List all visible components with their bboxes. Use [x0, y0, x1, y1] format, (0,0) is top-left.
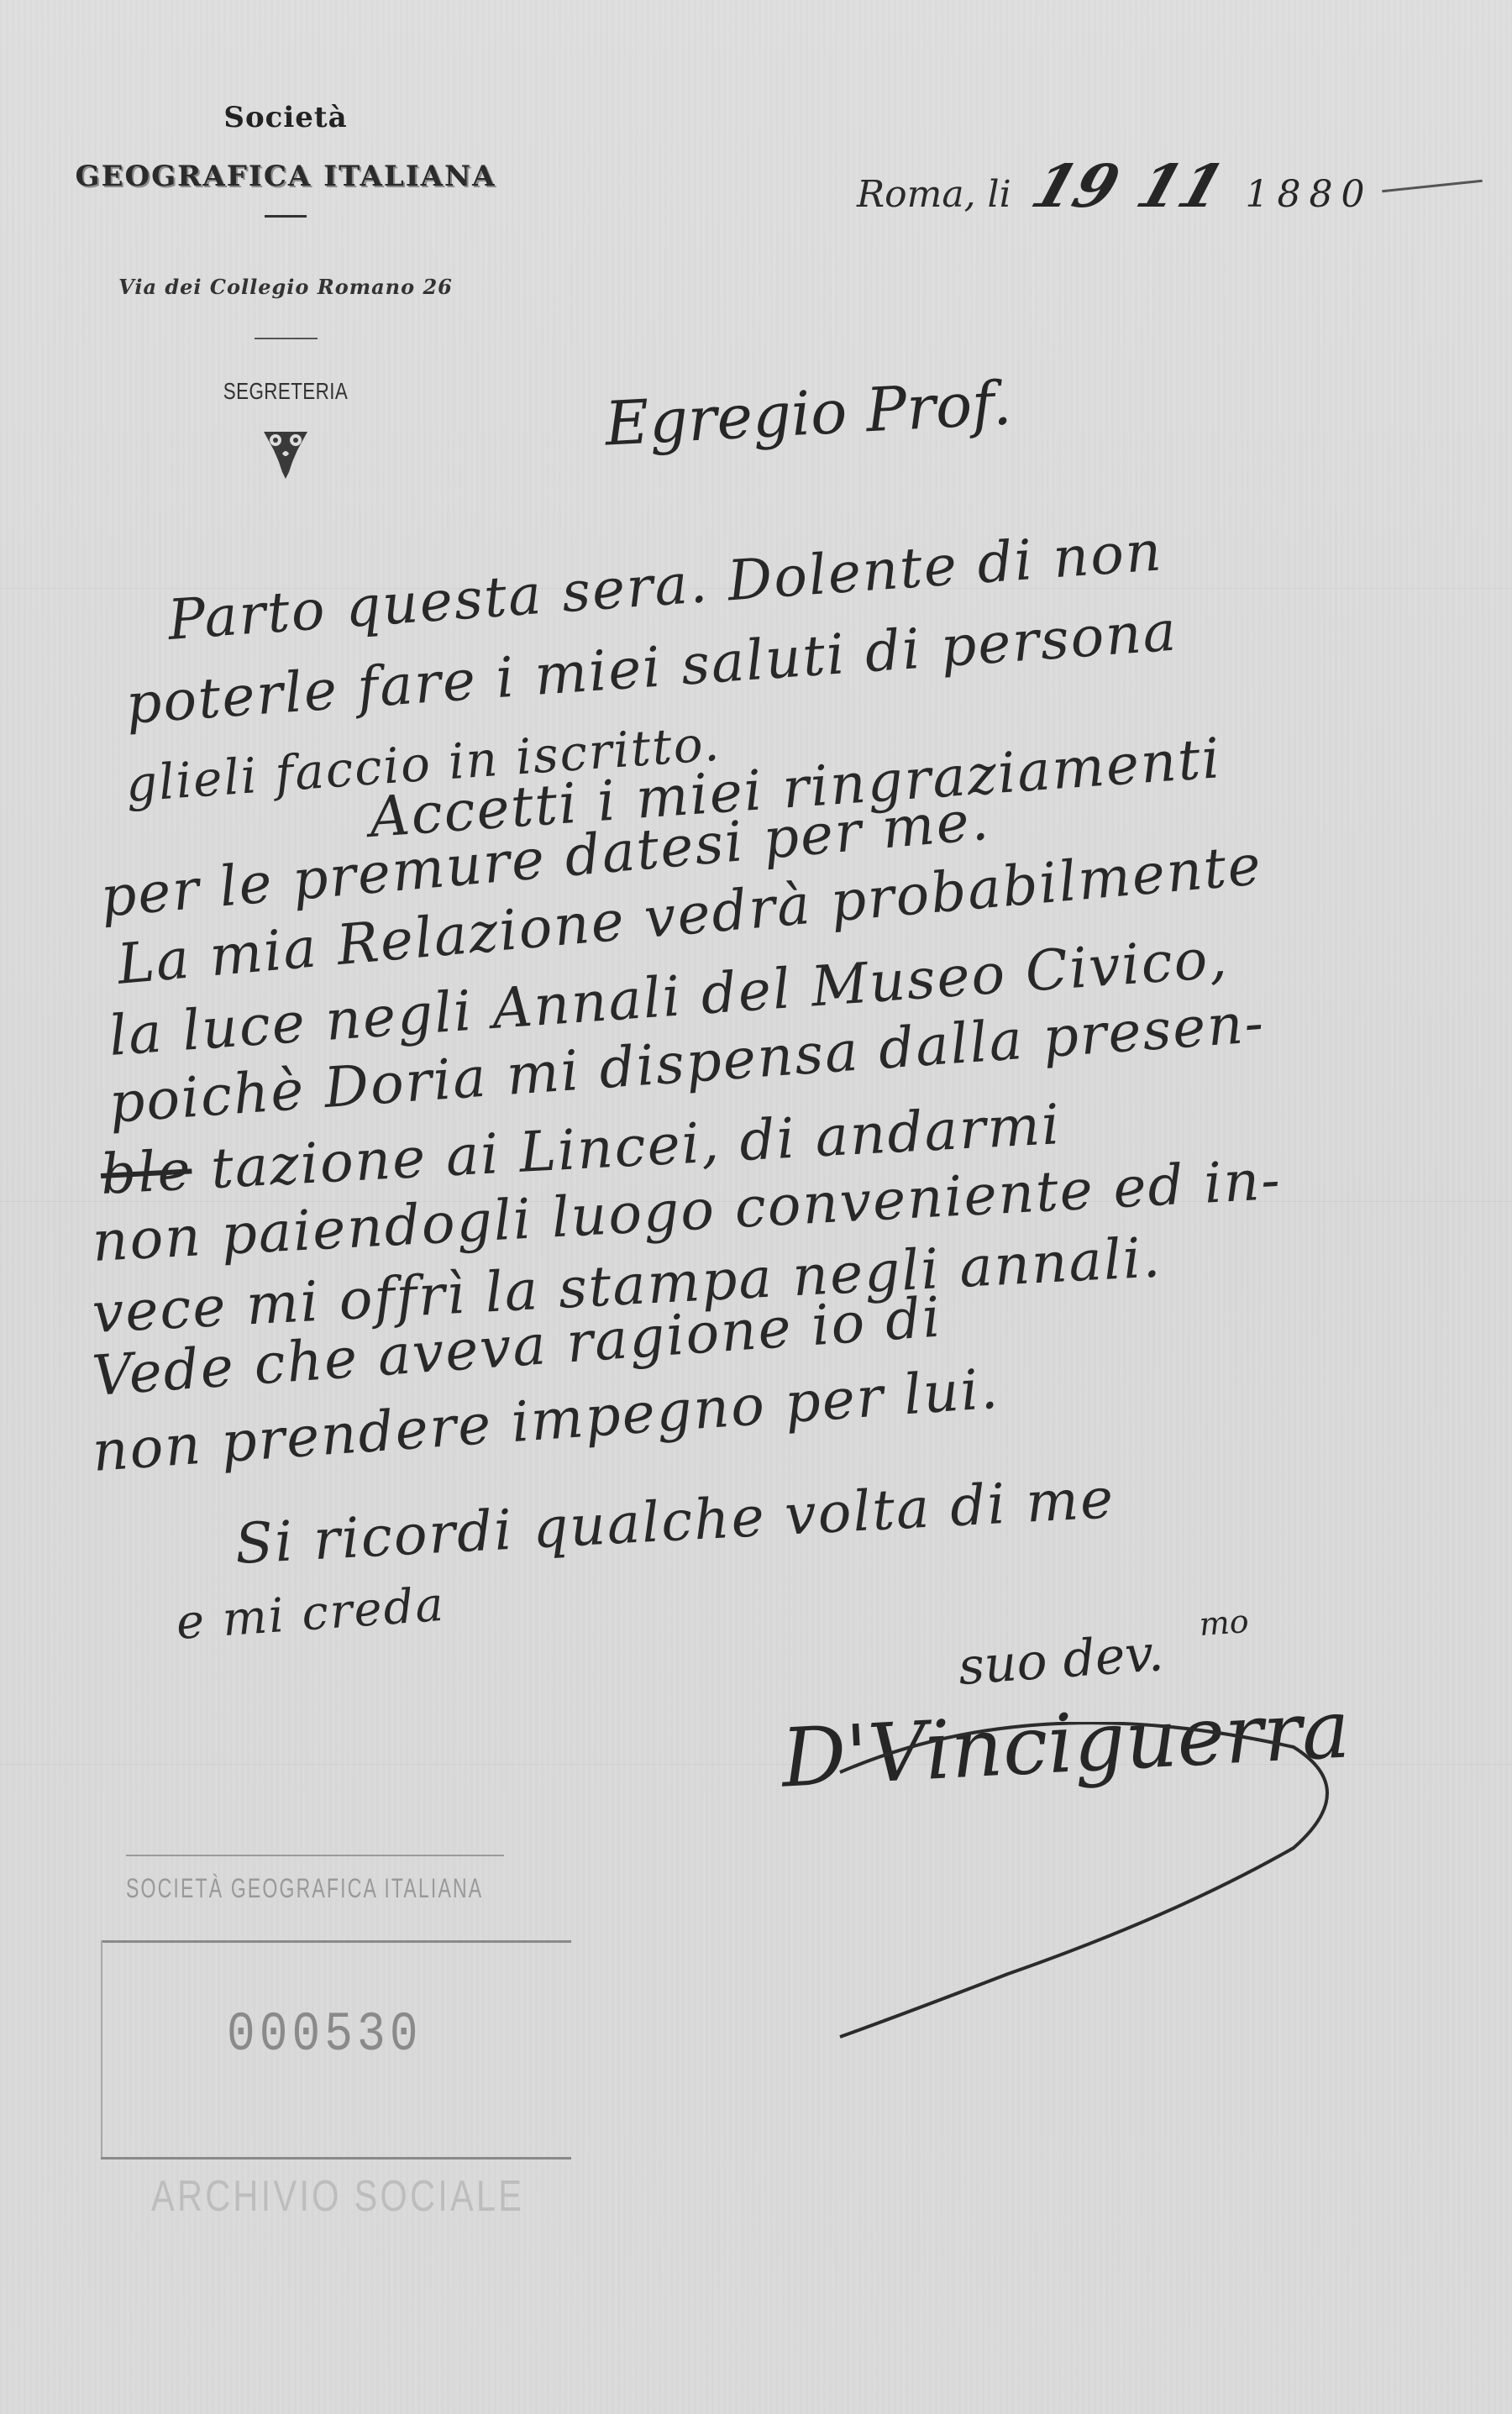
closing-superscript: mo [1198, 1603, 1250, 1643]
signature-flourish-icon [823, 1722, 1344, 2041]
stamp-footer: ARCHIVIO SOCIALE [151, 2171, 524, 2222]
letter-line: e mi creda [175, 1577, 447, 1650]
archive-stamp: SOCIETÀ GEOGRAFICA ITALIANA 000530 ARCHI… [101, 1848, 571, 2159]
letter-line: Si ricordi qualche volta di me [234, 1466, 1116, 1577]
stamp-rule [101, 2157, 571, 2159]
stamp-rule [101, 1940, 102, 2159]
stamp-rule [101, 1940, 571, 1943]
struck-word: ble [99, 1137, 193, 1207]
stamp-rule [126, 1855, 504, 1856]
stamp-archive-number: 000530 [227, 2003, 423, 2066]
stamp-title: SOCIETÀ GEOGRAFICA ITALIANA [126, 1873, 483, 1904]
